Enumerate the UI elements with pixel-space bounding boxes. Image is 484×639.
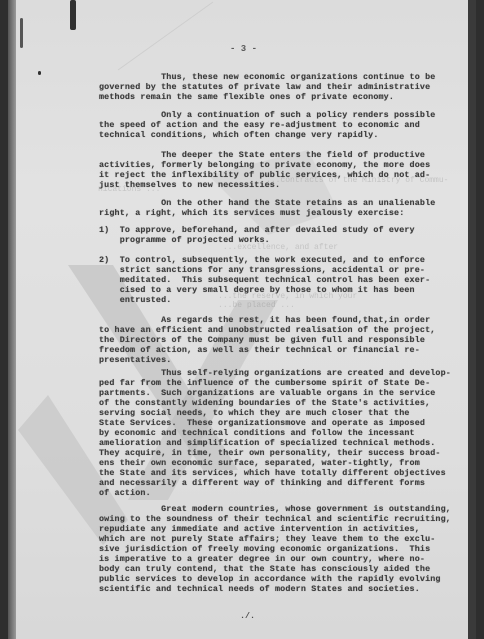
continuation-mark: ./. <box>240 611 255 621</box>
text-line: The deeper the State enters the field of… <box>99 151 425 160</box>
binding-dot <box>38 71 41 75</box>
text-line: it reject the inflexibility of public se… <box>99 171 430 180</box>
text-line: the Directors of the Company must be giv… <box>99 336 425 345</box>
text-line: is imperative to a greater degree in our… <box>99 555 425 564</box>
text-line: freedom of action, as well as their tech… <box>99 346 420 355</box>
text-line: amelioration and simplification of speci… <box>99 439 435 448</box>
text-line: the State and its services, which have t… <box>99 469 446 478</box>
list-item-line: meditated. This subsequent technical con… <box>99 276 430 285</box>
text-line: serving social needs, to which they are … <box>99 409 410 418</box>
page-right-edge <box>468 0 476 639</box>
document-page: - 3 - ...contracts of the Ministry of Co… <box>8 0 476 639</box>
page-number: - 3 - <box>230 44 257 54</box>
text-line: On the other hand the State retains as a… <box>99 199 435 208</box>
text-line: of the constantly widening boundaries of… <box>99 399 430 408</box>
text-line: Only a continuation of such a policy ren… <box>99 111 435 120</box>
text-line: to have an efficient and unobstructed re… <box>99 326 435 335</box>
text-line: and necessarily a different way of think… <box>99 479 425 488</box>
text-line: owing to the soundness of their technica… <box>99 515 451 524</box>
list-item-line: cised to a very small degree by those to… <box>99 286 415 295</box>
text-line: right, a right, which its services must … <box>99 209 404 218</box>
text-line: which are not purely State affairs; they… <box>99 535 435 544</box>
text-line: ped far from the influence of the cumber… <box>99 379 430 388</box>
text-line: by economic and technical conditions and… <box>99 429 415 438</box>
text-line: State Services. These organizationsmove … <box>99 419 425 428</box>
document-body: Thus, these new economic organizations c… <box>8 0 29 611</box>
list-item-line: 2) To control, subsequently, the work ex… <box>99 256 425 265</box>
list-item-line: entrusted. <box>99 296 171 305</box>
text-line: Thus self-relying organizations are crea… <box>99 369 451 378</box>
text-line: activities, formerly belonging to privat… <box>99 161 430 170</box>
list-item-line: strict sanctions for any transgressions,… <box>99 266 425 275</box>
text-line: body can truly contend, that the State h… <box>99 565 430 574</box>
text-line: partments. Such organizations are valuab… <box>99 389 435 398</box>
text-line: repudiate any immediate and active inter… <box>99 525 420 534</box>
text-line: the speed of action and the easy re-adju… <box>99 121 420 130</box>
binding-mark <box>70 0 76 30</box>
text-line: methods remain the same flexible ones of… <box>99 93 394 102</box>
text-line: of action. <box>99 489 151 498</box>
text-line: They acquire, in time, their own persona… <box>99 449 441 458</box>
text-line: governed by the statutes of private law … <box>99 83 430 92</box>
text-line: just themselves to new necessities. <box>99 181 280 190</box>
text-line: technical conditions, which often change… <box>99 131 379 140</box>
text-line: ens their own economic surface, separate… <box>99 459 420 468</box>
text-line: Great modern countries, whose government… <box>99 505 451 514</box>
text-line: As regards the rest, it has been found,t… <box>99 316 430 325</box>
list-item-line: programme of projected works. <box>99 236 270 245</box>
text-line: scientific and technical needs of modern… <box>99 585 420 594</box>
text-line: presentatives. <box>99 356 171 365</box>
text-line: public services to develop in accordance… <box>99 575 441 584</box>
text-line: Thus, these new economic organizations c… <box>99 73 435 82</box>
text-line: sive jurisdiction of freely moving econo… <box>99 545 430 554</box>
list-item-line: 1) To approve, beforehand, and after dev… <box>99 226 415 235</box>
